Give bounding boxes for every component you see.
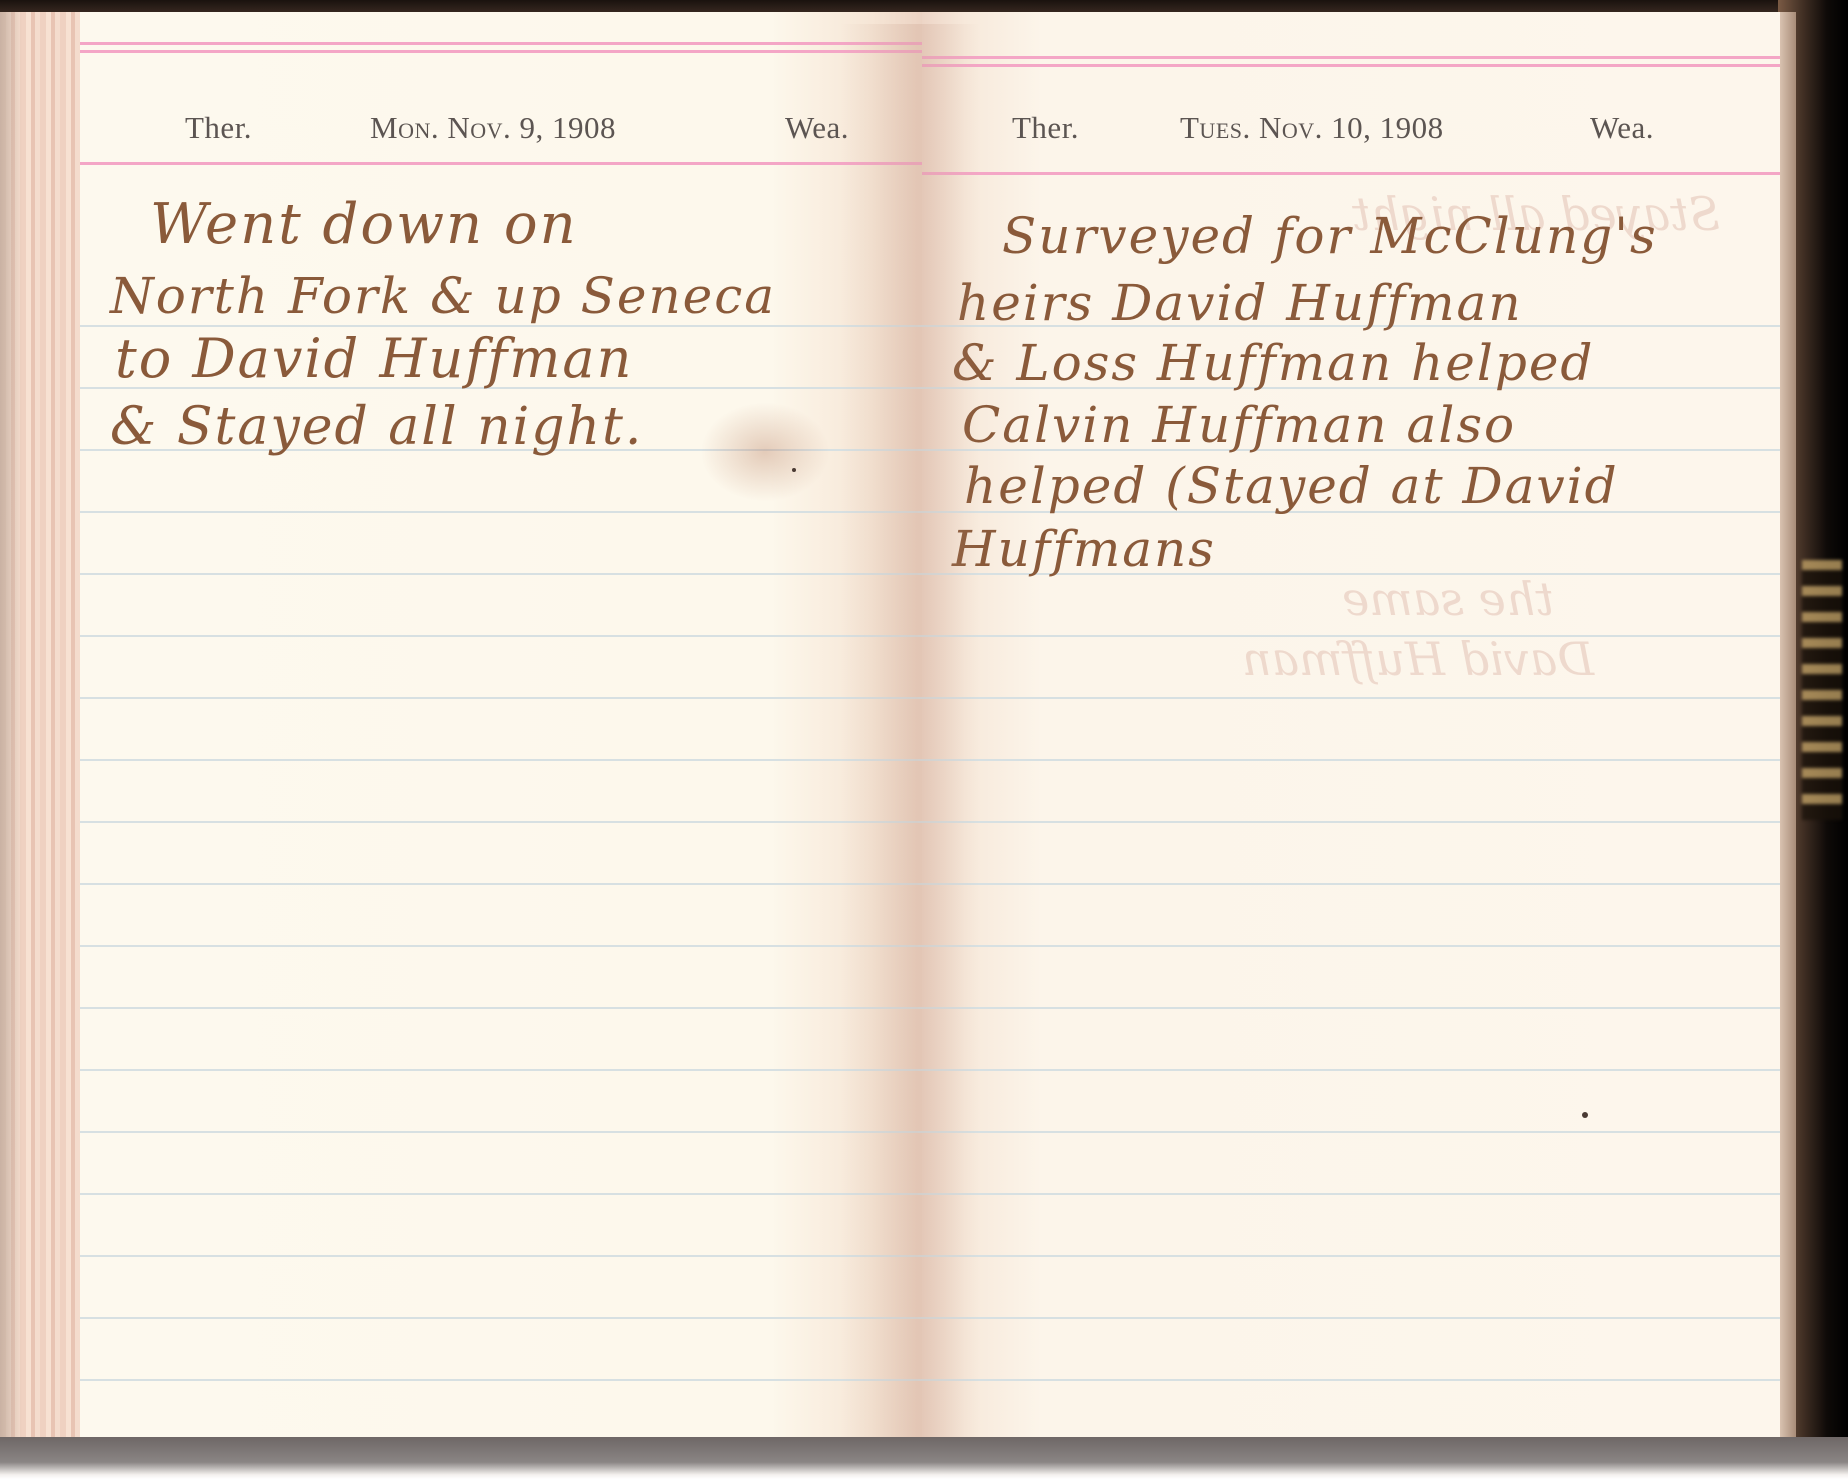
page-date: Tues. Nov. 10, 1908 xyxy=(1180,110,1444,146)
header-bottom-rule xyxy=(922,172,1780,175)
right-page: Ther. Tues. Nov. 10, 1908 Wea. Stayed al… xyxy=(922,12,1780,1442)
header-bottom-rule xyxy=(80,162,922,165)
entry-line: Calvin Huffman also xyxy=(962,396,1516,454)
diary-spread: Ther. Mon. Nov. 9, 1908 Wea. Went down o… xyxy=(0,12,1790,1442)
entry-line: Went down on xyxy=(150,192,578,257)
entry-line: Surveyed for McClung's xyxy=(1002,207,1658,265)
header-top-rule-2 xyxy=(80,50,922,53)
ther-label: Ther. xyxy=(185,110,252,146)
ink-dot xyxy=(792,468,796,472)
ink-stain xyxy=(700,402,830,502)
wea-label: Wea. xyxy=(785,110,849,146)
wea-label: Wea. xyxy=(1590,110,1654,146)
header-top-rule xyxy=(80,42,922,45)
header-top-rule xyxy=(922,56,1780,59)
scan-bottom-border xyxy=(0,1437,1848,1479)
ink-dot xyxy=(1582,1112,1588,1118)
entry-line: & Stayed all night. xyxy=(110,397,643,457)
entry-line: North Fork & up Seneca xyxy=(110,267,776,325)
entry-line: Huffmans xyxy=(952,520,1216,578)
bleed-through-text: the same xyxy=(1342,572,1554,626)
entry-line: helped (Stayed at David xyxy=(964,457,1619,515)
ther-label: Ther. xyxy=(1012,110,1079,146)
frayed-binding xyxy=(1802,560,1842,820)
bleed-through-text: David Huffman xyxy=(1242,632,1594,686)
entry-line: to David Huffman xyxy=(115,327,633,390)
header-top-rule-2 xyxy=(922,64,1780,67)
left-page: Ther. Mon. Nov. 9, 1908 Wea. Went down o… xyxy=(80,12,922,1442)
entry-line: heirs David Huffman xyxy=(957,274,1523,332)
entry-line: & Loss Huffman helped xyxy=(952,334,1594,392)
right-page-header: Ther. Tues. Nov. 10, 1908 Wea. xyxy=(922,100,1780,160)
page-date: Mon. Nov. 9, 1908 xyxy=(370,110,616,146)
left-page-header: Ther. Mon. Nov. 9, 1908 Wea. xyxy=(80,100,922,160)
